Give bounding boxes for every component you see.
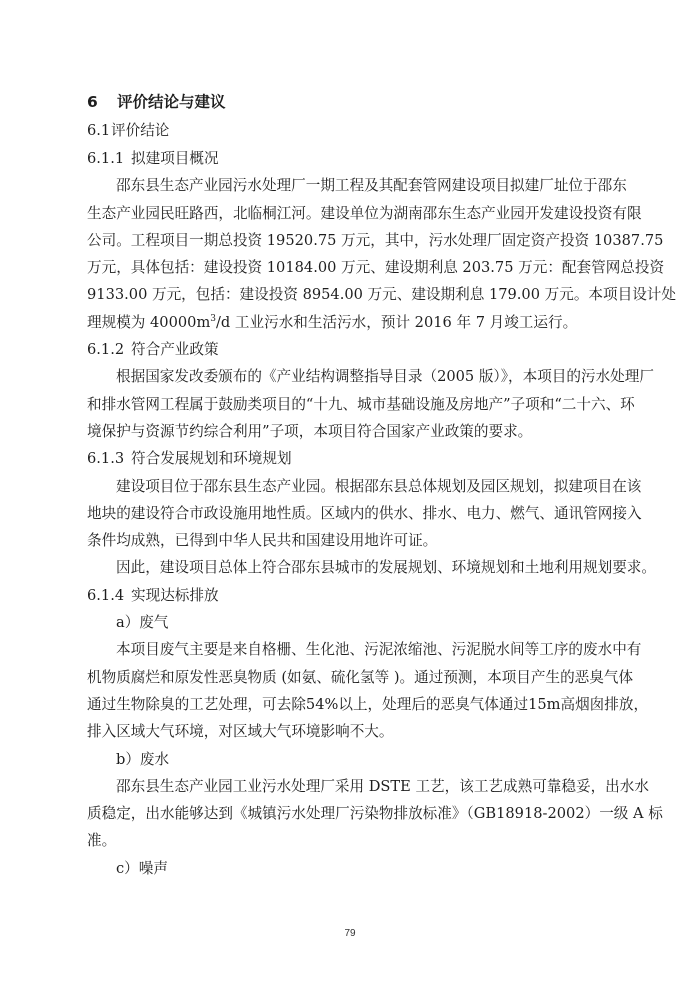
paragraph-line: 境保护与资源节约综合利用”子项，本项目符合国家产业政策的要求。	[87, 418, 618, 445]
section-heading: 6.1评价结论	[87, 117, 618, 145]
chapter-number: 6	[87, 88, 117, 117]
paragraph-line: 通过生物除臭的工艺处理，可去除54%以上，处理后的恶臭气体通过15m高烟囱排放，	[87, 691, 618, 718]
item-label-waste-water: b）废水	[87, 746, 618, 773]
paragraph-line: 生态产业园民旺路西，北临桐江河。建设单位为湖南邵东生态产业园开发建设投资有限	[87, 200, 618, 227]
chapter-heading: 6评价结论与建议	[87, 88, 618, 117]
chapter-title: 评价结论与建议	[117, 93, 226, 111]
paragraph-line: 本项目废气主要是来自格栅、生化池、污泥浓缩池、污泥脱水间等工序的废水中有	[87, 636, 618, 663]
paragraph-line: 条件均成熟，已得到中华人民共和国建设用地许可证。	[87, 527, 618, 554]
paragraph-line: 排入区域大气环境，对区域大气环境影响不大。	[87, 718, 618, 745]
subsection-title: 符合发展规划和环境规划	[131, 450, 292, 467]
item-label-noise: c）噪声	[87, 855, 618, 882]
capacity-text-end: /d 工业污水和生活污水，预计 2016 年 7 月竣工运行。	[216, 314, 577, 331]
item-label-waste-gas: a）废气	[87, 609, 618, 636]
paragraph-line: 质稳定，出水能够达到《城镇污水处理厂污染物排放标准》（GB18918-2002）…	[87, 800, 618, 827]
subsection-number: 6.1.4	[87, 582, 131, 609]
subsection-number: 6.1.1	[87, 145, 131, 172]
paragraph-line: 地块的建设符合市政设施用地性质。区域内的供水、排水、电力、燃气、通讯管网接入	[87, 500, 618, 527]
subsection-title: 符合产业政策	[131, 341, 219, 358]
paragraph-line: 和排水管网工程属于鼓励类项目的“十九、城市基础设施及房地产”子项和“二十六、环	[87, 391, 618, 418]
section-title: 评价结论	[111, 122, 169, 139]
page-number: 79	[0, 928, 700, 939]
subsection-heading-6-1-3: 6.1.3符合发展规划和环境规划	[87, 445, 618, 472]
subsection-title: 拟建项目概况	[131, 150, 219, 167]
subsection-title: 实现达标排放	[131, 587, 219, 604]
subsection-number: 6.1.3	[87, 445, 131, 472]
paragraph-line: 建设项目位于邵东县生态产业园。根据邵东县总体规划及园区规划，拟建项目在该	[87, 473, 618, 500]
paragraph-line: 根据国家发改委颁布的《产业结构调整指导目录（2005 版）》，本项目的污水处理厂	[87, 363, 618, 390]
subsection-heading-6-1-4: 6.1.4实现达标排放	[87, 582, 618, 609]
paragraph-line: 万元，具体包括：建设投资 10184.00 万元、建设期利息 203.75 万元…	[87, 254, 618, 281]
subsection-heading-6-1-2: 6.1.2符合产业政策	[87, 336, 618, 363]
paragraph-line: 理规模为 40000m3/d 工业污水和生活污水，预计 2016 年 7 月竣工…	[87, 309, 618, 336]
document-page: 6评价结论与建议 6.1评价结论 6.1.1拟建项目概况 邵东县生态产业园污水处…	[87, 88, 618, 882]
paragraph-line: 9133.00 万元，包括：建设投资 8954.00 万元、建设期利息 179.…	[87, 281, 618, 308]
section-number: 6.1	[87, 117, 111, 145]
subsection-number: 6.1.2	[87, 336, 131, 363]
paragraph-line: 因此，建设项目总体上符合邵东县城市的发展规划、环境规划和土地利用规划要求。	[87, 554, 618, 581]
paragraph-line: 邵东县生态产业园污水处理厂一期工程及其配套管网建设项目拟建厂址位于邵东	[87, 172, 618, 199]
capacity-text: 理规模为 40000m	[87, 314, 210, 331]
paragraph-line: 准。	[87, 827, 618, 854]
paragraph-line: 机物质腐烂和原发性恶臭物质 (如氨、硫化氢等 )。通过预测，本项目产生的恶臭气体	[87, 664, 618, 691]
paragraph-line: 公司。工程项目一期总投资 19520.75 万元，其中，污水处理厂固定资产投资 …	[87, 227, 618, 254]
subsection-heading-6-1-1: 6.1.1拟建项目概况	[87, 145, 618, 172]
paragraph-line: 邵东县生态产业园工业污水处理厂采用 DSTE 工艺，该工艺成熟可靠稳妥，出水水	[87, 773, 618, 800]
